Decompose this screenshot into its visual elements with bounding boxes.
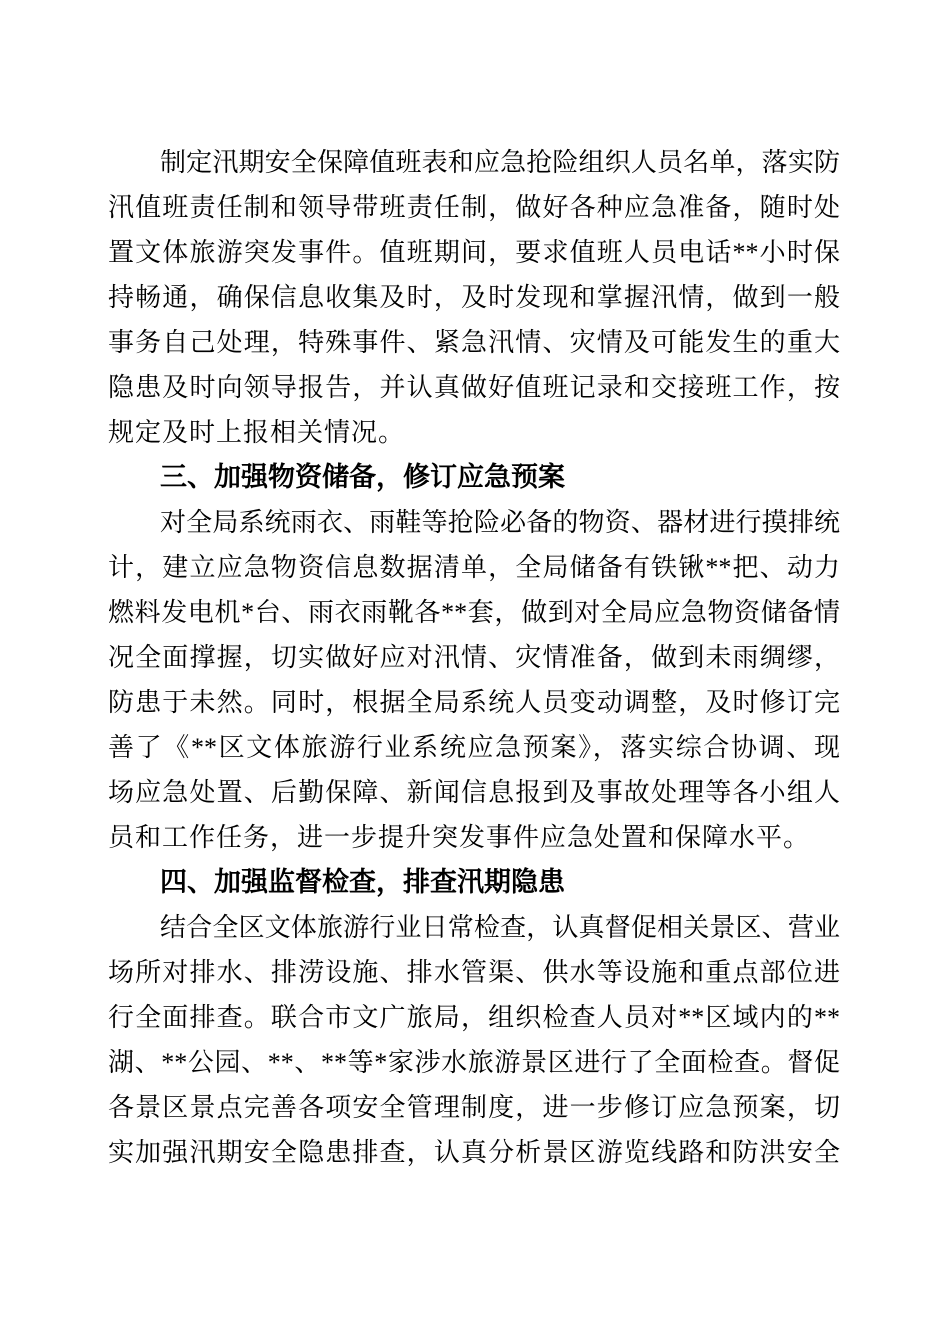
text-line: 计，建立应急物资信息数据清单，全局储备有铁锹**把、动力 [108, 545, 840, 590]
text-line: 规定及时上报相关情况。 [108, 410, 840, 455]
text-line: 场应急处置、后勤保障、新闻信息报到及事故处理等各小组人 [108, 770, 840, 815]
text-line: 结合全区文体旅游行业日常检查，认真督促相关景区、营业 [108, 905, 840, 950]
text-line: 持畅通，确保信息收集及时，及时发现和掌握汛情，做到一般 [108, 275, 840, 320]
text-line: 事务自己处理，特殊事件、紧急汛情、灾情及可能发生的重大 [108, 320, 840, 365]
text-line: 制定汛期安全保障值班表和应急抢险组织人员名单，落实防 [108, 140, 840, 185]
text-line: 防患于未然。同时，根据全局系统人员变动调整，及时修订完 [108, 680, 840, 725]
section-heading: 三、加强物资储备，修订应急预案 [108, 455, 840, 500]
text-line: 汛值班责任制和领导带班责任制，做好各种应急准备，随时处 [108, 185, 840, 230]
text-line: 实加强汛期安全隐患排查，认真分析景区游览线路和防洪安全 [108, 1130, 840, 1175]
text-line: 行全面排查。联合市文广旅局，组织检查人员对**区域内的** [108, 995, 840, 1040]
text-line: 员和工作任务，进一步提升突发事件应急处置和保障水平。 [108, 815, 840, 860]
paragraph: 制定汛期安全保障值班表和应急抢险组织人员名单，落实防 汛值班责任制和领导带班责任… [108, 140, 840, 455]
text-line: 湖、**公园、**、**等*家涉水旅游景区进行了全面检查。督促 [108, 1040, 840, 1085]
text-line: 各景区景点完善各项安全管理制度，进一步修订应急预案，切 [108, 1085, 840, 1130]
text-line: 隐患及时向领导报告，并认真做好值班记录和交接班工作，按 [108, 365, 840, 410]
paragraph: 对全局系统雨衣、雨鞋等抢险必备的物资、器材进行摸排统 计，建立应急物资信息数据清… [108, 500, 840, 860]
document-body: 制定汛期安全保障值班表和应急抢险组织人员名单，落实防 汛值班责任制和领导带班责任… [108, 140, 840, 1175]
text-line: 况全面撑握，切实做好应对汛情、灾情准备，做到未雨绸缪， [108, 635, 840, 680]
text-line: 对全局系统雨衣、雨鞋等抢险必备的物资、器材进行摸排统 [108, 500, 840, 545]
section-heading: 四、加强监督检查，排查汛期隐患 [108, 860, 840, 905]
paragraph: 结合全区文体旅游行业日常检查，认真督促相关景区、营业 场所对排水、排涝设施、排水… [108, 905, 840, 1175]
text-line: 燃料发电机*台、雨衣雨靴各**套，做到对全局应急物资储备情 [108, 590, 840, 635]
text-line: 善了《**区文体旅游行业系统应急预案》，落实综合协调、现 [108, 725, 840, 770]
text-line: 场所对排水、排涝设施、排水管渠、供水等设施和重点部位进 [108, 950, 840, 995]
text-line: 置文体旅游突发事件。值班期间，要求值班人员电话**小时保 [108, 230, 840, 275]
document-page: 制定汛期安全保障值班表和应急抢险组织人员名单，落实防 汛值班责任制和领导带班责任… [0, 0, 950, 1344]
